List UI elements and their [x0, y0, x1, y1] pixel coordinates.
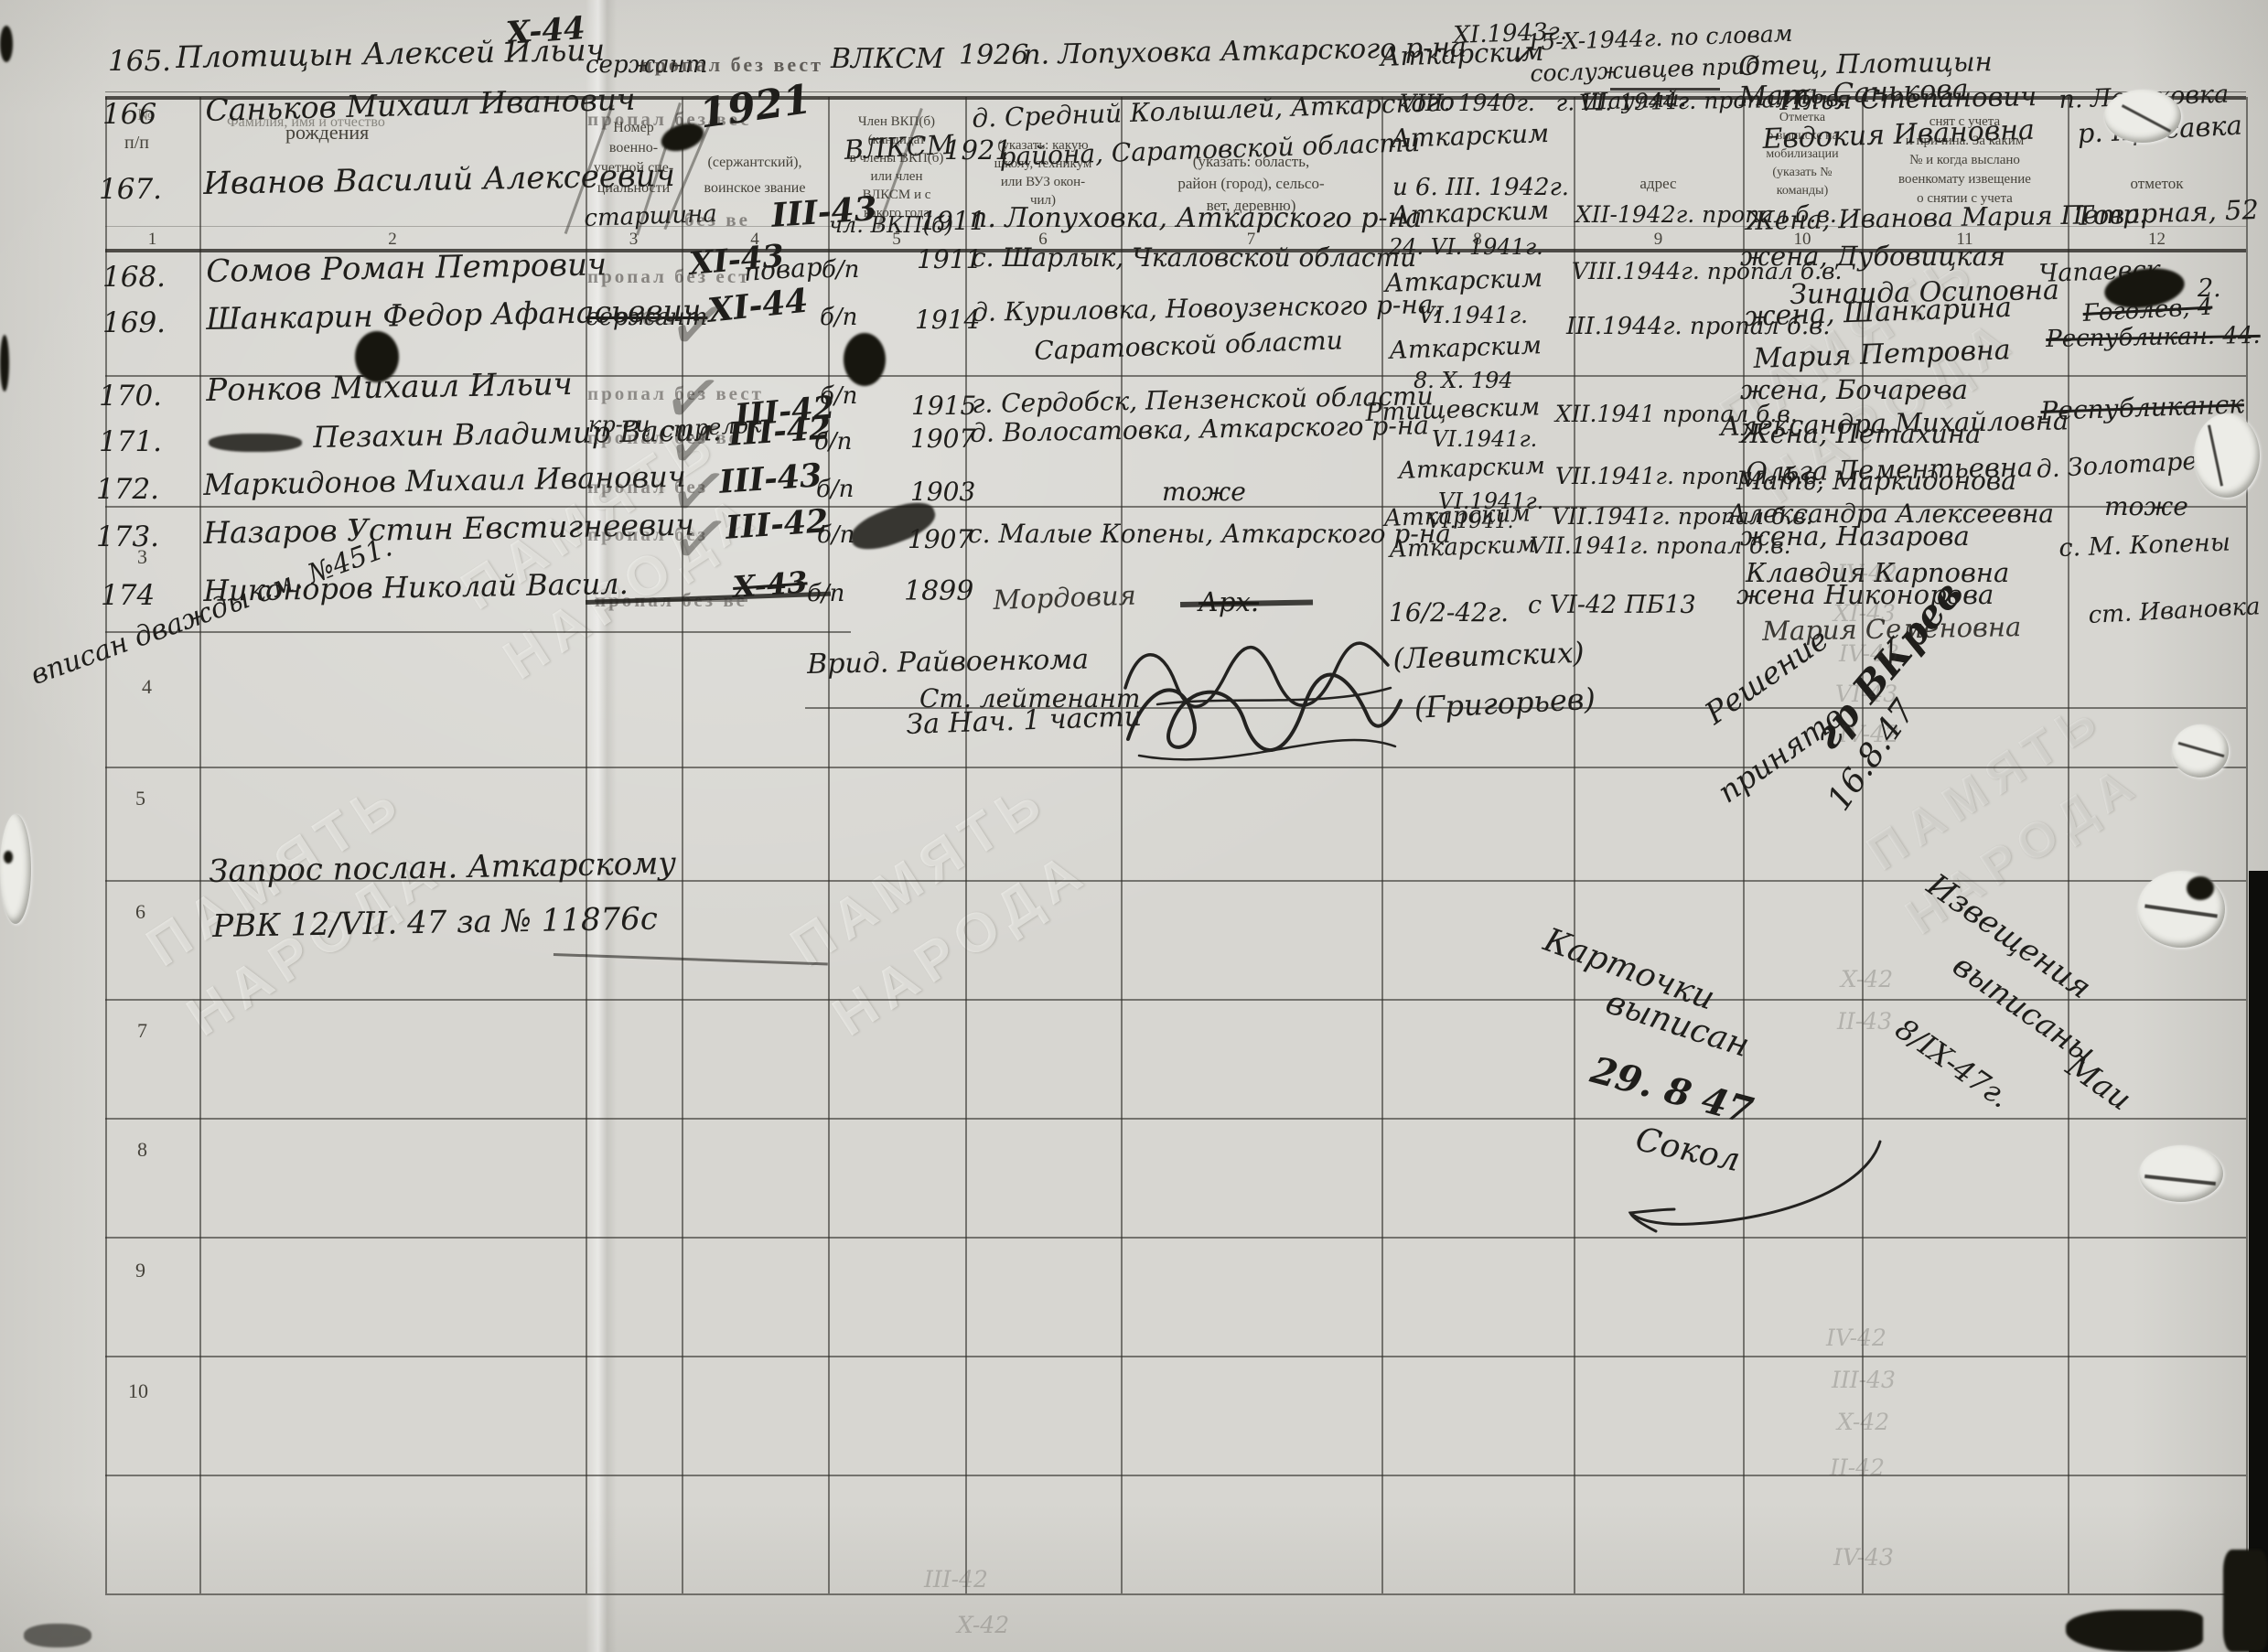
margin-row-number: 5 [135, 788, 145, 809]
entry-174-number: 174 [101, 582, 155, 610]
note-izveshcheniya-date: 8/IX-47г. [1891, 1014, 2015, 1112]
entry-167-birthplace: п. Лопуховка, Аткарского р-на [970, 205, 1422, 232]
header-col1-pp: п/п [124, 134, 149, 152]
bleed-through-date: II-43 [1837, 1008, 1892, 1035]
margin-row-number: 8 [137, 1140, 147, 1160]
ink-blot [844, 333, 886, 386]
entry-169-birthplace: Саратовской области [1034, 327, 1343, 364]
entry-173-address: с. М. Копены [2058, 530, 2230, 561]
entry-173-relative: жена, Назарова [1740, 523, 1970, 550]
bleed-through-date: X-42 [1837, 1409, 1889, 1435]
entry-166-scrawl: 1921 [697, 80, 813, 135]
bleed-through-date: IV-42 [1837, 560, 1897, 586]
column-number: 9 [1574, 231, 1743, 248]
header-col10-line: команды) [1745, 185, 1860, 198]
entry-169-year: 1914 [915, 307, 980, 333]
column-number: 2 [199, 231, 586, 248]
entry-168-relative: жена, Дубовицкая [1740, 243, 2005, 270]
entry-170-relative: жена, Бочарева [1740, 377, 1968, 403]
entry-171-year: 1907 [910, 426, 975, 452]
entry-174-lost: с VI-42 ПБ13 [1528, 593, 1696, 617]
flourish-scrawl [1619, 1132, 1894, 1242]
edge-mark [0, 335, 9, 392]
entry-166-rvk: Аткарским [1391, 121, 1550, 152]
bleed-through-date: IV-43 [1839, 640, 1899, 667]
entry-165-note-line: сослуживцев приб [1530, 54, 1759, 85]
entry-170-number: 170. [99, 382, 162, 411]
entry-173-rvk: Аткарским [1389, 532, 1536, 562]
entry-166-relative: Мать Санькова [1738, 76, 1969, 112]
header-col4-line: (сержантский), [683, 156, 826, 170]
entry-170-party: б/п [820, 384, 857, 408]
margin-row-number: 10 [128, 1381, 148, 1401]
entry-167-rvk: Аткарским [1391, 198, 1550, 229]
corner-damage [2066, 1610, 2203, 1652]
entry-167-address: Товарная, 52 [2075, 197, 2259, 230]
entry-174-year: 1899 [904, 578, 973, 606]
bleed-through-date: IV-42 [1839, 721, 1899, 747]
bleed-through-date: X-42 [1841, 966, 1893, 992]
entry-168-birthplace: с. Шарлык, Чкаловской области [972, 245, 1416, 271]
grid-line [105, 999, 2246, 1001]
bleed-through-date: X-42 [957, 1612, 1009, 1638]
entry-168-party: б/п [822, 258, 859, 282]
note-zapros: РВК 12/VII. 47 за № 11876с [212, 904, 658, 942]
paper-tear [2139, 1145, 2223, 1202]
entry-173-number: 173. [96, 523, 159, 552]
entry-169-address-crossed: Гоголев, 4 [2082, 295, 2213, 326]
entry-166-party: ВЛКСМ [844, 132, 954, 164]
grid-line [199, 97, 201, 1593]
entry-166-number: 166 [102, 101, 156, 129]
entry-173-party: б/п [817, 523, 855, 547]
column-number: 3 [586, 231, 682, 248]
signature-scrawl [1121, 666, 1409, 771]
entry-174-birthplace: Мордовия [993, 583, 1136, 614]
entry-171-rvk: Аткарским [1398, 454, 1545, 483]
bleed-through-date: II-42 [1830, 1454, 1885, 1481]
tear-shadow [2187, 876, 2214, 900]
header-col7-line: район (город), сельсо- [1123, 176, 1380, 191]
entry-169-number: 169. [102, 309, 166, 338]
entry-167-name: Иванов Василий Алексеевич [203, 160, 675, 199]
entry-172-number: 172. [96, 476, 159, 504]
entry-169-birthplace: д. Куриловка, Новоузенского р-на, [972, 292, 1442, 326]
entry-169-party: б/п [820, 306, 857, 329]
entry-172-relative: Мать, Маркидонова [1736, 468, 2016, 494]
entry-167-number: 167. [99, 176, 162, 204]
note-zapros: Запрос послан. Аткарскому [209, 848, 676, 887]
entry-173-date: III-42 [725, 505, 830, 544]
header-col10-line: (указать № [1745, 166, 1860, 179]
scan-edge-strip [2249, 871, 2268, 1652]
entry-173-year: 1907 [908, 527, 973, 552]
entry-173-birthplace: с. Малые Копены, Аткарского р-на [968, 521, 1451, 547]
margin-row-number: 4 [142, 677, 152, 697]
margin-row-number: 7 [137, 1021, 147, 1041]
underline [554, 953, 828, 965]
header-col9-adres: адрес [1575, 176, 1741, 191]
bleed-through-date: III-42 [924, 1566, 988, 1593]
bleed-through-date: XI-43 [1833, 600, 1896, 627]
strike-line [1180, 599, 1313, 607]
crossed-out-word [209, 434, 302, 452]
bleed-through-date: VI-43 [1835, 681, 1897, 707]
entry-169-rvk: Аткарским [1389, 333, 1542, 363]
entry-171-party: б/п [814, 430, 852, 454]
scanned-archive-document: ПАМЯТЬ НАРОДА ПАМЯТЬ НАРОДА ПАМЯТЬ НАРОД… [0, 0, 2268, 1652]
paper-tear [2194, 413, 2260, 498]
header-col5-line: Член ВКП(б) [830, 115, 963, 129]
check-mark-icon: ✓ [665, 499, 736, 581]
entry-172-year: 1903 [910, 479, 975, 505]
entry-165-note-above: X-44 [505, 13, 586, 49]
header-col11-line: № и когда выслано [1864, 154, 2066, 167]
edge-mark [0, 26, 13, 62]
header-col6-line: или ВУЗ окон- [967, 176, 1119, 189]
entry-174-party: б/п [807, 582, 844, 606]
entry-171-relative: Жена, Петахина [1740, 421, 1981, 447]
signature-title: За Нач. 1 части [906, 703, 1143, 739]
signature-name: (Григорьев) [1413, 684, 1596, 723]
grid-line [105, 1237, 2246, 1239]
grid-line [105, 1356, 2246, 1357]
entry-168-specialty: повар [743, 254, 823, 285]
edge-mark [4, 851, 13, 864]
entry-166-name: Саньков Михаил Иванович [205, 84, 636, 125]
paper-tear [0, 814, 31, 924]
entry-171-rvk: VI.1941г. [1432, 428, 1537, 450]
entry-166-rvk: VIII. 1940г. [1400, 91, 1535, 114]
header-col11-line: военкомату извещение [1864, 173, 2066, 187]
column-number: 1 [105, 231, 199, 248]
entry-174-rvk: 16/2-42г. [1389, 600, 1509, 626]
margin-row-number: 6 [135, 902, 145, 922]
entry-172-party: б/п [816, 477, 854, 501]
margin-row-number: 9 [135, 1260, 145, 1281]
entry-165-party: ВЛКСМ [831, 46, 944, 73]
entry-165-year: 1926 [959, 42, 1028, 70]
signature-name: (Левитских) [1392, 639, 1585, 674]
bleed-through-date: IV-42 [1826, 1325, 1886, 1351]
entry-170-name: Ронков Михаил Ильич [206, 369, 573, 406]
entry-173-rvk: VI.1941. [1427, 512, 1514, 532]
entry-168-name: Сомов Роман Петрович [206, 249, 607, 287]
corner-damage [2223, 1550, 2268, 1652]
entry-170-year: 1915 [911, 393, 976, 419]
entry-172-date: III-43 [718, 459, 823, 499]
header-col12-otmetok: отметок [2069, 176, 2244, 191]
entry-172-birthplace: тоже [1162, 479, 1246, 505]
entry-174-address: ст. Ивановка [2088, 595, 2261, 628]
entry-174-margin-note: вписан дважды см. №451. [27, 533, 396, 690]
entry-172-address: тоже [2104, 494, 2188, 520]
bleed-through-date: III-43 [1832, 1367, 1896, 1393]
grid-line [2068, 97, 2069, 1593]
bleed-through-date: IV-43 [1833, 1544, 1894, 1571]
entry-168-number: 168. [102, 263, 166, 292]
grid-line [105, 631, 851, 633]
signature-title: Врид. Райвоенкома [807, 647, 1089, 679]
grid-line [105, 1593, 2246, 1595]
entry-169-rvk: VI.1941г. [1418, 304, 1528, 327]
note-izveshcheniya-signature: Маи [2060, 1050, 2136, 1116]
entry-171-birthplace: д. Волосатовка, Аткарского р-на [970, 413, 1429, 446]
column-number: 12 [2068, 231, 2246, 248]
entry-165-number: 165. [108, 48, 171, 76]
entry-171-number: 171. [99, 428, 162, 456]
entry-167-missing-stamp: без ве [684, 210, 750, 230]
entry-165-missing-stamp: пропал без вест [640, 55, 823, 75]
grid-line [105, 1475, 2246, 1476]
grid-line [1381, 97, 1383, 1593]
entry-169-address: Республикан. 44. [2046, 324, 2261, 351]
edge-smudge [24, 1624, 91, 1647]
grid-line [105, 1118, 2246, 1120]
